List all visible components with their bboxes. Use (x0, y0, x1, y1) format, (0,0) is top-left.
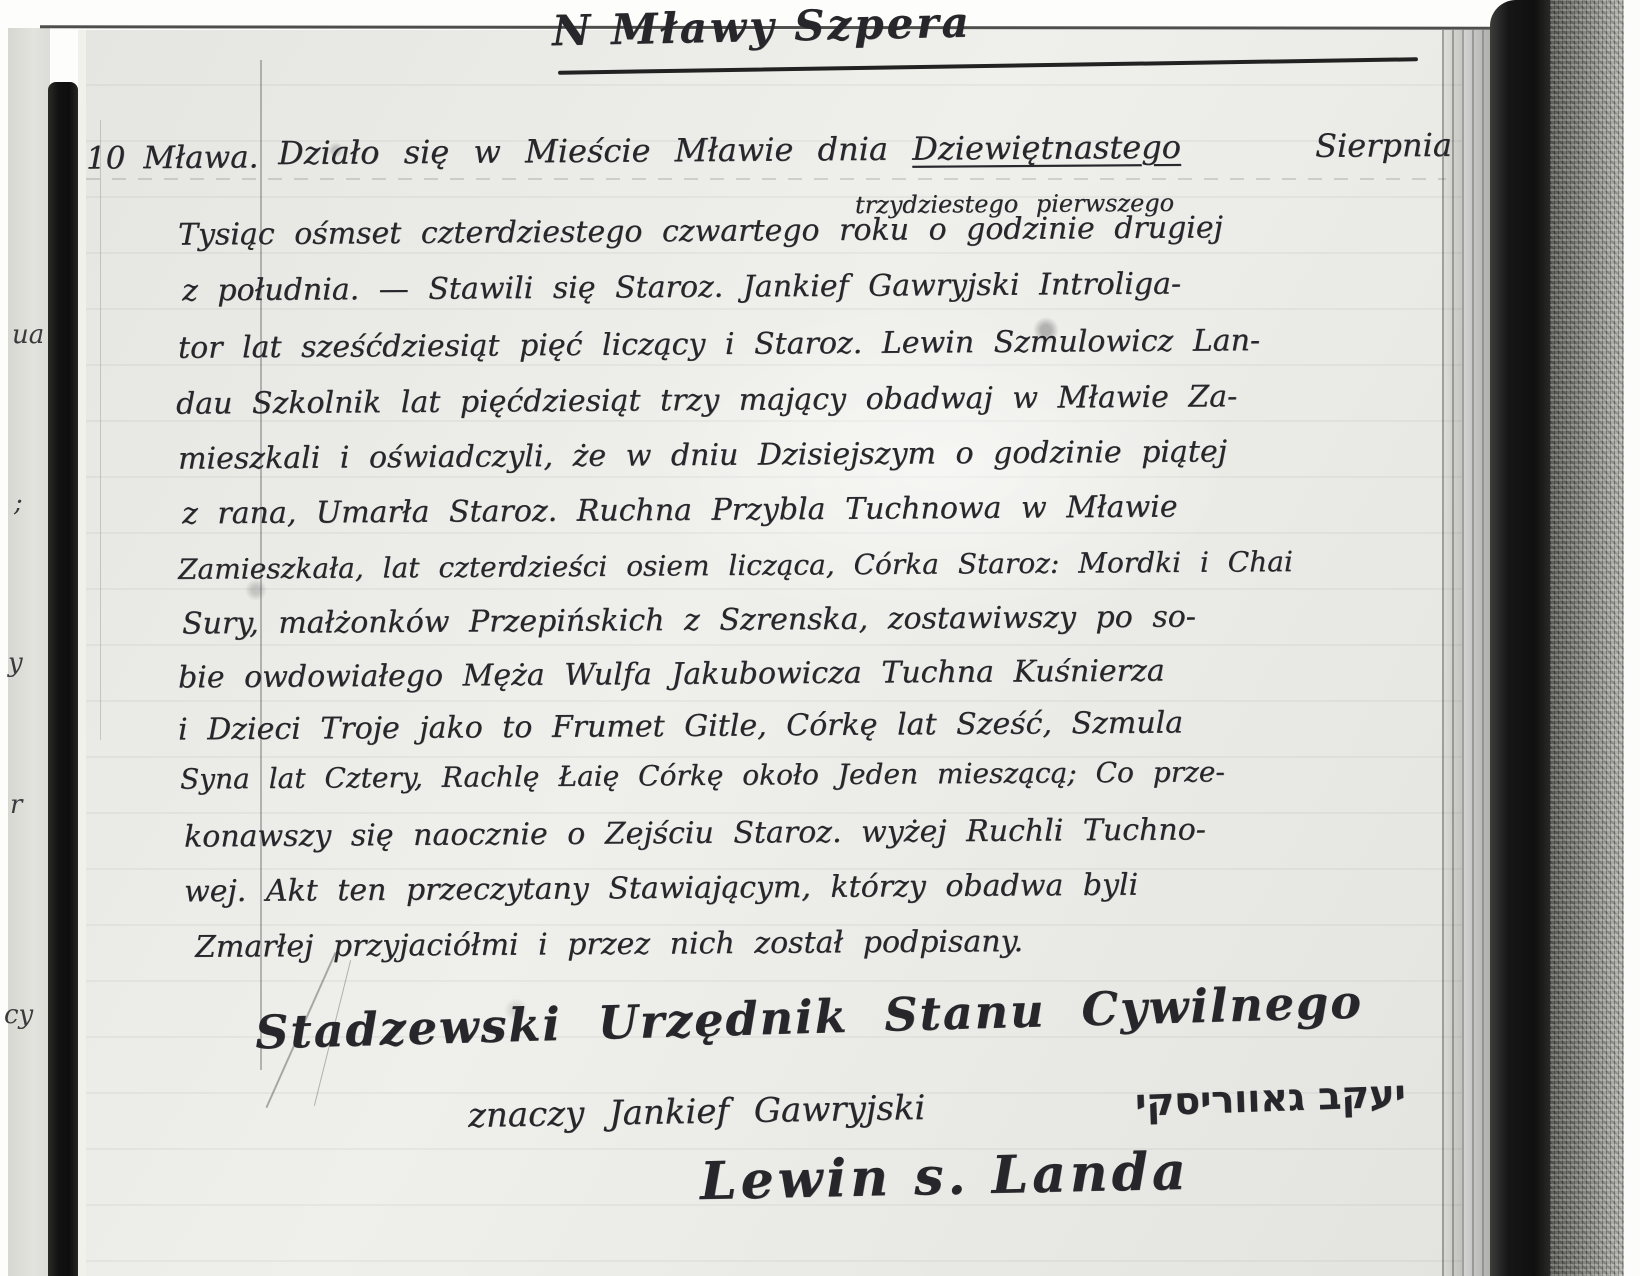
book-gutter-shadow-band (48, 82, 78, 1276)
handwritten-line: konawszy się naocznie o Zejściu Staroz. … (184, 812, 1206, 854)
handwritten-line: bie owdowiałego Męża Wulfa Jakubowicza T… (178, 654, 1165, 696)
running-header: N Mławy Szpera (552, 0, 973, 55)
page-curl-streaks (1442, 30, 1494, 1276)
line1-month-word: Sierpnia (1315, 126, 1452, 165)
handwritten-line: z południa. — Stawili się Staroz. Jankie… (182, 267, 1181, 309)
edge-fragment: r (10, 790, 22, 820)
handwritten-line: dau Szkolnik lat pięćdziesiąt trzy mając… (176, 379, 1237, 421)
scan-grain-strip (1550, 0, 1624, 1276)
handwritten-line: z rana, Umarła Staroz. Ruchna Przybla Tu… (182, 490, 1178, 532)
edge-fragment: ua (12, 320, 44, 350)
handwritten-line: Sury, małżonków Przepińskich z Szrenska,… (182, 599, 1196, 641)
edge-fragment: cy (4, 1000, 33, 1030)
edge-fragment: ; (14, 488, 23, 518)
handwritten-line: wej. Akt ten przeczytany Stawiającym, kt… (184, 868, 1138, 910)
act-number: 10 (86, 140, 126, 176)
handwritten-line: i Dzieci Troje jako to Frumet Gitle, Cór… (178, 705, 1183, 747)
underlined-date-word: Dziewiętnastego (912, 128, 1181, 168)
handwritten-line: mieszkali i oświadczyli, że w dniu Dzisi… (178, 434, 1227, 476)
gutter-highlight (78, 30, 86, 1276)
act-number-margin: 10 Mława. (86, 139, 259, 176)
signature-witness-hebrew: יעקב גאווריסקי (1134, 1071, 1406, 1124)
handwritten-line: Zmarłej przyjaciółmi i przez nich został… (195, 924, 1023, 965)
handwritten-line: Tysiąc ośmset czterdziestego czwartego r… (178, 210, 1223, 252)
edge-fragment: y (8, 648, 23, 678)
spine-shadow-band (1490, 0, 1552, 1276)
margin-town: Mława. (143, 139, 258, 176)
faint-ruled-line (86, 178, 1446, 180)
scanned-document: ua ; y r cy N Mławy Szpera 10 Mława. Dzi… (0, 0, 1640, 1276)
signature-lewin-landa: Lewin s. Landa (699, 1141, 1190, 1212)
signature-witness-translit: znaczy Jankief Gawryjski (468, 1088, 926, 1136)
scan-white-edge (1624, 0, 1640, 1276)
vertical-crease (100, 120, 101, 740)
line1-text: Działo się w Mieście Mławie dnia (278, 130, 888, 172)
